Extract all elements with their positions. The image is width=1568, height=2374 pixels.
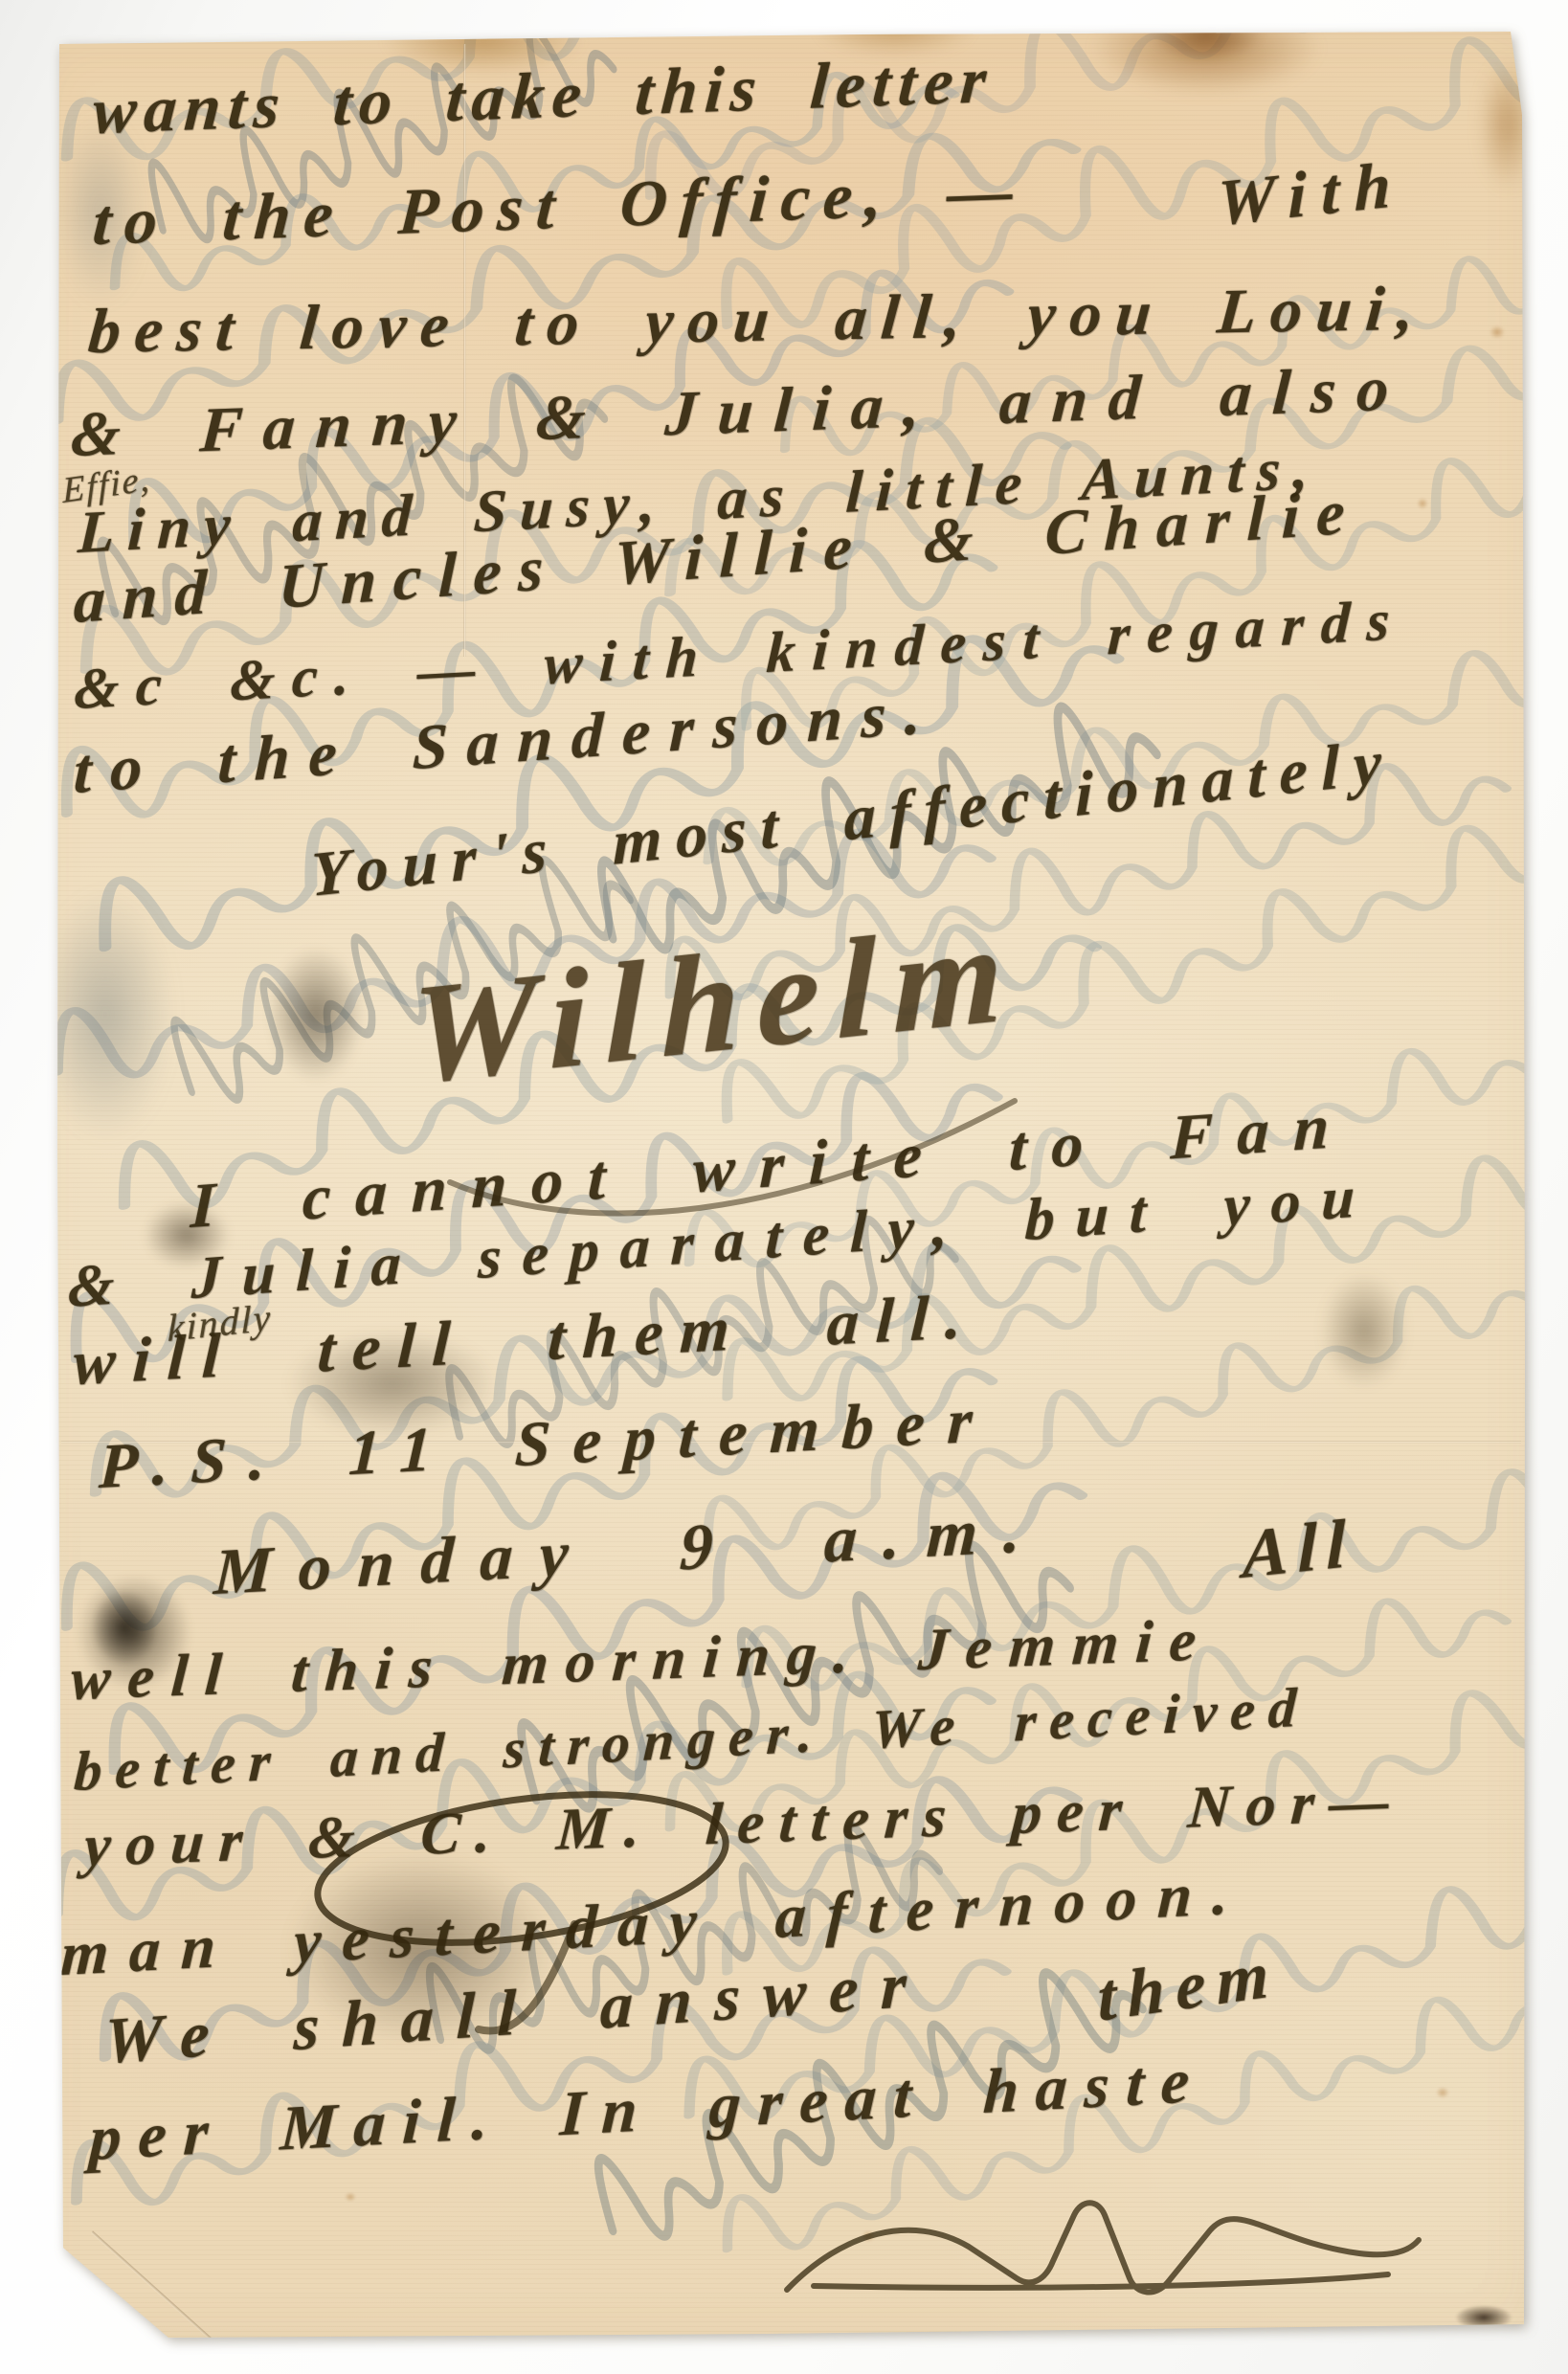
manuscript-line: Monday 9 a.m. [213, 1495, 1049, 1604]
paper-sheet-wrap: wants to take this letter to the Post Of… [0, 0, 1568, 2374]
fox-spot [862, 2230, 875, 2242]
corner-crease [91, 2230, 253, 2374]
manuscript-line: All [1243, 1508, 1355, 1589]
paper-sheet: wants to take this letter to the Post Of… [0, 0, 1568, 2374]
stain [1149, 8, 1264, 60]
manuscript-line: With [1218, 150, 1405, 235]
fox-spot [1436, 2087, 1449, 2098]
manuscript-line: to the Post Office, — [91, 157, 1028, 255]
fox-spot [345, 2192, 356, 2202]
stain [1091, 0, 1321, 96]
signature: Wilhelm [412, 900, 1019, 1107]
manuscript-line: them [1097, 1940, 1281, 2033]
manuscript-line: per Mail. In great haste [88, 2049, 1208, 2171]
stain [38, 890, 172, 1139]
ink-blot [268, 948, 364, 1082]
manuscript-line: best love to you all, you Loui, [86, 277, 1431, 364]
fox-spot [1417, 498, 1428, 509]
closing-flourish [787, 2203, 1419, 2292]
ink-smudge [1321, 1273, 1407, 1388]
scanned-letter-page: wants to take this letter to the Post Of… [0, 0, 1568, 2374]
stain [1479, 57, 1536, 191]
fox-spot [1490, 325, 1505, 339]
manuscript-line: wants to take this letter [91, 47, 996, 144]
postscript-heading: P.S. 11 September [98, 1389, 997, 1499]
corner-fragment [1455, 2305, 1512, 2330]
